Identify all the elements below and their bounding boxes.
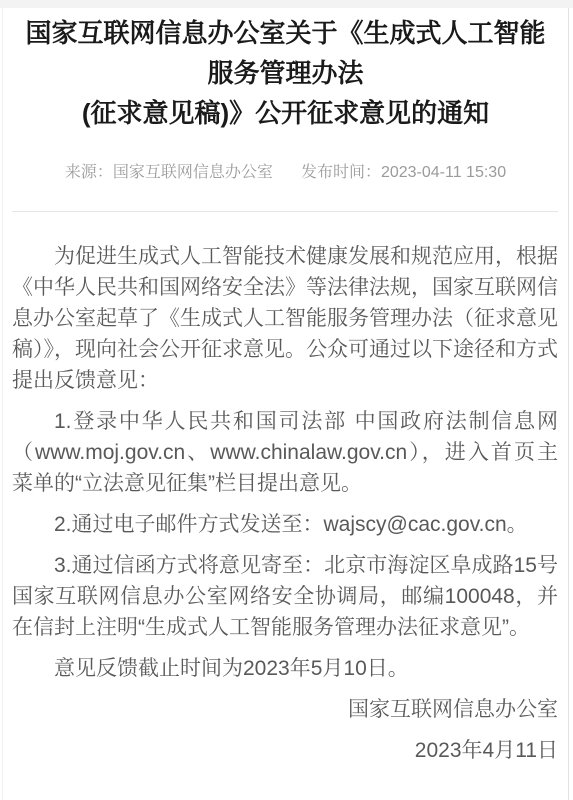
- paragraph-channel-2-email: 2.通过电子邮件方式发送至：wajscy@cac.gov.cn。: [12, 509, 558, 540]
- top-edge-band: [0, 0, 573, 8]
- notice-page: 国家互联网信息办公室关于《生成式人工智能 服务管理办法 (征求意见稿)》公开征求…: [0, 0, 573, 800]
- article-body: 为促进生成式人工智能技术健康发展和规范应用，根据《中华人民共和国网络安全法》等法…: [3, 212, 568, 766]
- paragraph-deadline: 意见反馈截止时间为2023年5月10日。: [12, 653, 558, 684]
- article-content: 国家互联网信息办公室关于《生成式人工智能 服务管理办法 (征求意见稿)》公开征求…: [3, 8, 568, 776]
- publish-time-value: 2023-04-11 15:30: [381, 164, 506, 181]
- signature-date: 2023年4月11日: [12, 735, 558, 766]
- page-title-line-3: (征求意见稿)》公开征求意见的通知: [10, 93, 561, 133]
- right-edge-line: [568, 8, 569, 800]
- source-label: 来源：: [65, 164, 113, 181]
- page-title-line-2: 服务管理办法: [10, 53, 561, 93]
- page-title-line-1: 国家互联网信息办公室关于《生成式人工智能: [10, 13, 561, 53]
- source-value: 国家互联网信息办公室: [113, 164, 273, 181]
- meta-row: 来源：国家互联网信息办公室发布时间：2023-04-11 15:30: [3, 162, 568, 184]
- signature-org: 国家互联网信息办公室: [12, 694, 558, 725]
- page-title: 国家互联网信息办公室关于《生成式人工智能 服务管理办法 (征求意见稿)》公开征求…: [10, 13, 561, 133]
- publish-time-label: 发布时间：: [301, 164, 381, 181]
- paragraph-intro: 为促进生成式人工智能技术健康发展和规范应用，根据《中华人民共和国网络安全法》等法…: [12, 241, 558, 396]
- source-group: 来源：国家互联网信息办公室: [65, 162, 273, 184]
- paragraph-channel-3-mail: 3.通过信函方式将意见寄至：北京市海淀区阜成路15号国家互联网信息办公室网络安全…: [12, 550, 558, 643]
- publish-time-group: 发布时间：2023-04-11 15:30: [301, 162, 506, 184]
- paragraph-channel-1-website: 1.登录中华人民共和国司法部 中国政府法制信息网（www.moj.gov.cn、…: [12, 406, 558, 499]
